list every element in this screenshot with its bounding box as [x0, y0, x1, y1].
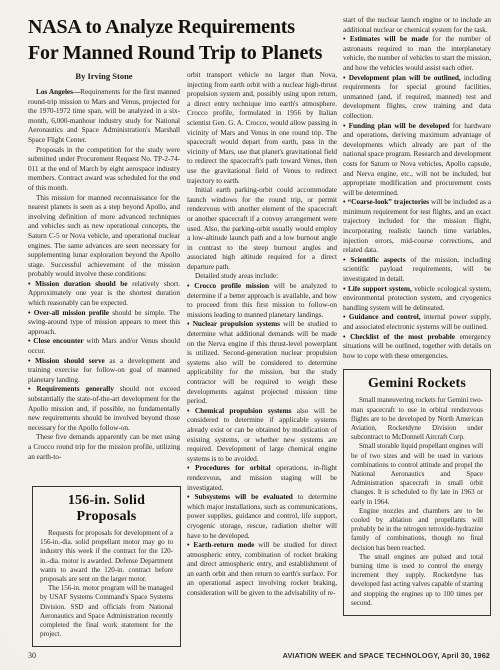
- bullet-paragraph: • Guidance and control, internal power s…: [343, 312, 491, 331]
- bullet-paragraph: • Earth-return mode will be studied for …: [187, 540, 337, 598]
- solid-proposals-text: Requests for proposals for development o…: [40, 529, 173, 639]
- paragraph: Detailed study areas include:: [187, 271, 337, 281]
- bullet-paragraph: • Life support system, vehicle ecologica…: [343, 284, 491, 313]
- bullet-paragraph: • Requirements generally should not exce…: [28, 384, 180, 432]
- journal-line: AVIATION WEEK and SPACE TECHNOLOGY, Apri…: [283, 651, 490, 660]
- paragraph: Small maneuvering rockets for Gemini two…: [351, 396, 483, 442]
- bullet-paragraph: • Subsystems will be evaluated to determ…: [187, 492, 337, 540]
- paragraph: Proposals in the competition for the stu…: [28, 145, 180, 193]
- bullet-paragraph: • Crocco profile mission will be analyze…: [187, 281, 337, 319]
- paragraph: Engine nozzles and chambers are to be co…: [351, 507, 483, 553]
- bullet-paragraph: • Close encounter with Mars and/or Venus…: [28, 336, 180, 355]
- bullet-paragraph: • Checklist of the most probable emergen…: [343, 332, 491, 361]
- bullet-paragraph: • Chemical propulsion systems also will …: [187, 406, 337, 464]
- paragraph: orbit transport vehicle no larger than N…: [187, 70, 337, 185]
- bullet-paragraph: • Mission duration should be relatively …: [28, 279, 180, 308]
- column-2: orbit transport vehicle no larger than N…: [187, 70, 337, 598]
- bullet-paragraph: • Nuclear propulsion systems will be stu…: [187, 319, 337, 405]
- byline: By Irving Stone: [28, 71, 180, 81]
- column-1: Los Angeles—Requirements for the first m…: [28, 87, 180, 461]
- paragraph: Los Angeles—Requirements for the first m…: [28, 87, 180, 145]
- bullet-paragraph: • “Coarse-look” trajectories will be inc…: [343, 197, 491, 255]
- headline-line-1: NASA to Analyze Requirements: [28, 14, 342, 40]
- paragraph: Requests for proposals for development o…: [40, 529, 173, 584]
- paragraph: The 156-in. motor program will be manage…: [40, 584, 173, 639]
- paragraph: start of the nuclear launch engine or to…: [343, 15, 491, 34]
- magazine-page: NASA to Analyze Requirements For Manned …: [0, 0, 500, 670]
- bullet-paragraph: • Mission should serve as a development …: [28, 356, 180, 385]
- gemini-rockets-title: Gemini Rockets: [351, 376, 483, 392]
- solid-proposals-title: 156-in. Solid Proposals: [40, 493, 173, 525]
- bullet-paragraph: • Development plan will be outlined, inc…: [343, 73, 491, 121]
- paragraph: This mission for manned reconnaissance f…: [28, 193, 180, 279]
- bullet-paragraph: • Funding plan will be developed for har…: [343, 121, 491, 198]
- gemini-rockets-box: Gemini Rockets Small maneuvering rockets…: [343, 369, 491, 616]
- page-footer: 30 AVIATION WEEK and SPACE TECHNOLOGY, A…: [28, 651, 490, 660]
- page-number: 30: [28, 651, 36, 660]
- paragraph: Initial earth parking-orbit could accomm…: [187, 185, 337, 271]
- column-3: start of the nuclear launch engine or to…: [343, 15, 491, 616]
- headline-line-2: For Manned Round Trip to Planets: [28, 40, 342, 66]
- bullet-paragraph: • Scientific aspects of the mission, inc…: [343, 255, 491, 284]
- paragraph: Small storable liquid propellant engines…: [351, 442, 483, 506]
- bullet-paragraph: • Estimates will be made for the number …: [343, 34, 491, 72]
- solid-proposals-box: 156-in. Solid Proposals Requests for pro…: [32, 486, 181, 647]
- paragraph: These five demands apparently can be met…: [28, 432, 180, 461]
- article-headline: NASA to Analyze Requirements For Manned …: [28, 14, 342, 66]
- column-3-text: start of the nuclear launch engine or to…: [343, 15, 491, 360]
- bullet-paragraph: • Over-all mission profile should be sim…: [28, 308, 180, 337]
- bullet-paragraph: • Procedures for orbital operations, in-…: [187, 463, 337, 492]
- paragraph: The small engines are pulsed and total b…: [351, 553, 483, 608]
- gemini-rockets-text: Small maneuvering rockets for Gemini two…: [351, 396, 483, 608]
